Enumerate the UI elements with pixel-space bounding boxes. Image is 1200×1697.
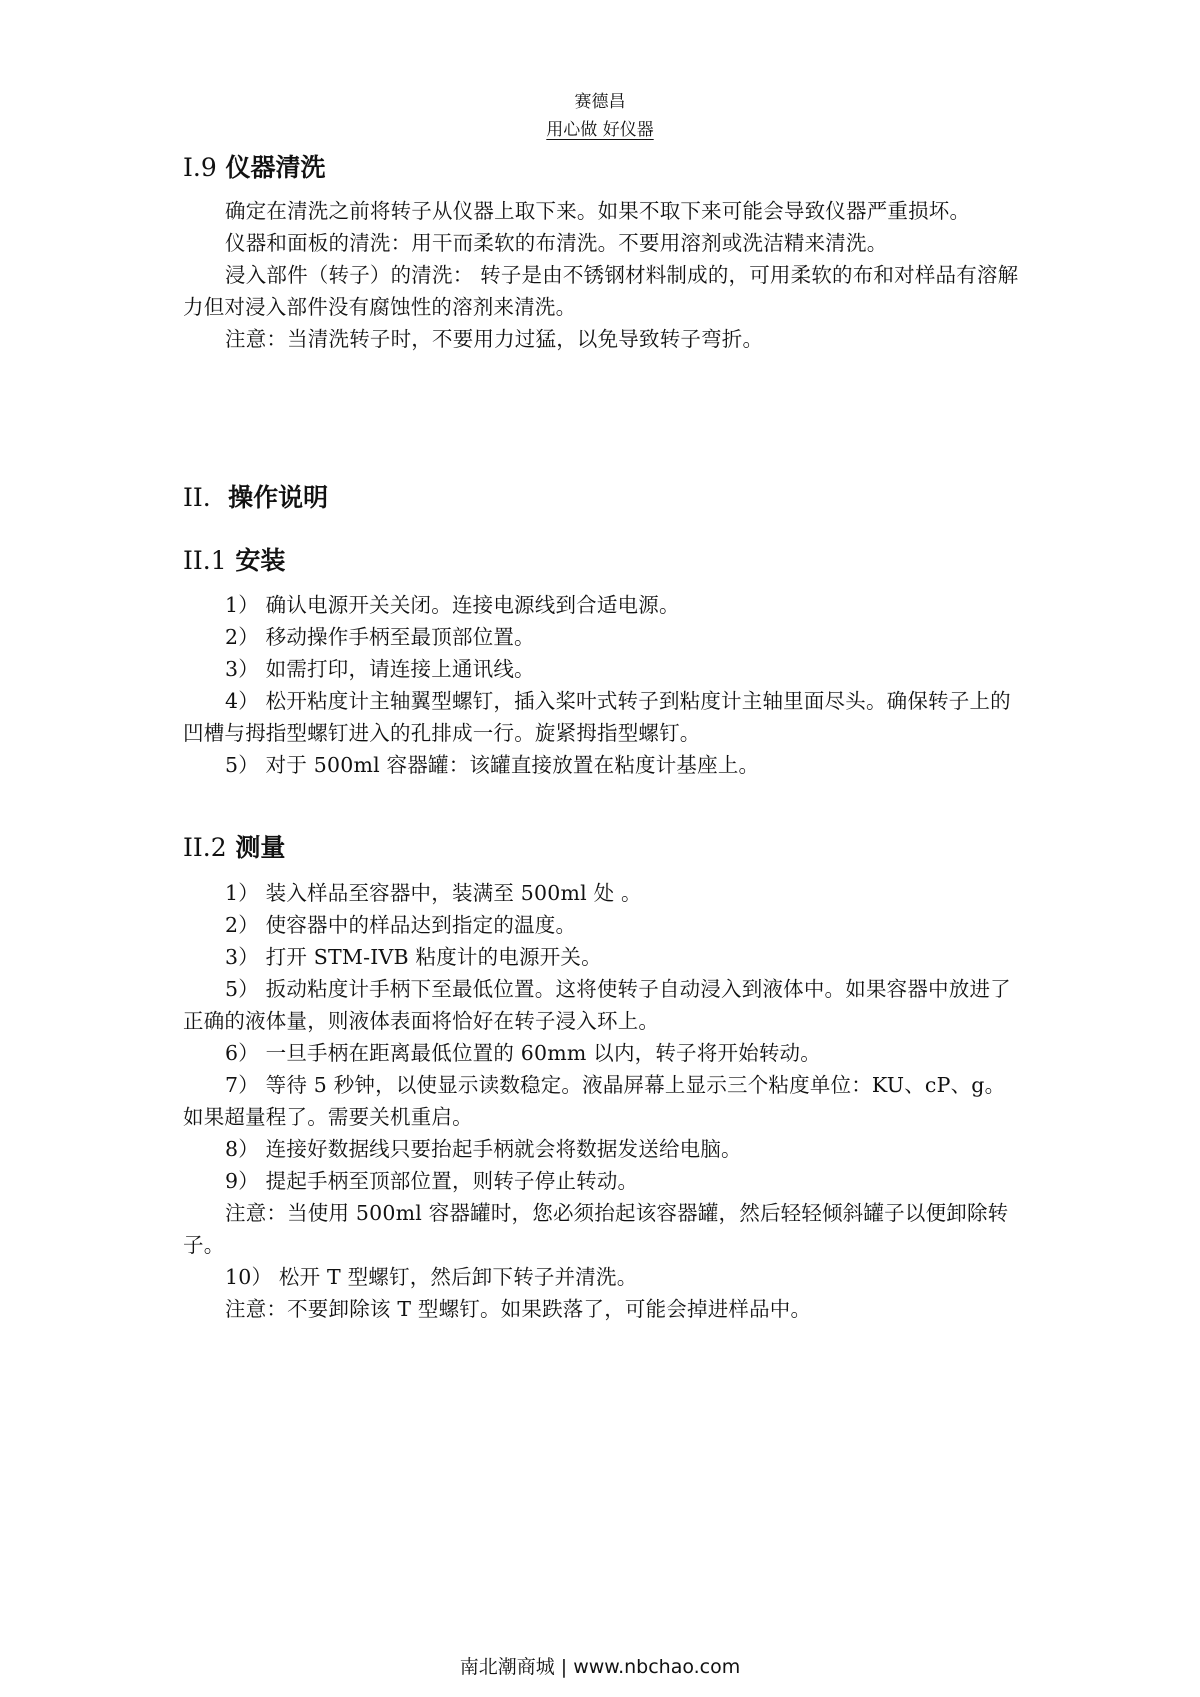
list-item: 7） 等待 5 秒钟，以使显示读数稳定。液晶屏幕上显示三个粘度单位：KU、cP、… [183,1069,1023,1133]
section-heading: II.2 测量 [183,828,1023,864]
company-name: 赛德昌 [0,88,1200,116]
section-heading: I.9 仪器清洗 [183,148,1023,184]
paragraph: 确定在清洗之前将转子从仪器上取下来。如果不取下来可能会导致仪器严重损坏。 [183,195,1023,227]
section-heading: II. 操作说明 [183,478,1023,514]
list-item: 2） 使容器中的样品达到指定的温度。 [183,909,1023,941]
list-item: 1） 确认电源开关关闭。连接电源线到合适电源。 [183,589,1023,621]
note: 注意：不要卸除该 T 型螺钉。如果跌落了，可能会掉进样品中。 [183,1293,1023,1325]
list-item: 1） 装入样品至容器中，装满至 500ml 处 。 [183,877,1023,909]
list-item: 3） 如需打印，请连接上通讯线。 [183,653,1023,685]
measurement-list: 1） 装入样品至容器中，装满至 500ml 处 。 2） 使容器中的样品达到指定… [183,877,1023,1325]
section-cleaning: I.9 仪器清洗 [183,148,1023,184]
list-item: 4） 松开粘度计主轴翼型螺钉，插入桨叶式转子到粘度计主轴里面尽头。确保转子上的凹… [183,685,1023,749]
section-operation: II. 操作说明 [183,478,1023,514]
list-item: 3） 打开 STM-IVB 粘度计的电源开关。 [183,941,1023,973]
list-item: 5） 扳动粘度计手柄下至最低位置。这将使转子自动浸入到液体中。如果容器中放进了正… [183,973,1023,1037]
list-item: 10） 松开 T 型螺钉，然后卸下转子并清洗。 [183,1261,1023,1293]
paragraph: 仪器和面板的清洗：用干而柔软的布清洗。不要用溶剂或洗洁精来清洗。 [183,227,1023,259]
section-installation: II.1 安装 [183,541,1023,577]
paragraph: 注意：当清洗转子时，不要用力过猛，以免导致转子弯折。 [183,323,1023,355]
site-footer: 南北潮商城 | www.nbchao.com [0,1652,1200,1679]
section-cleaning-body: 确定在清洗之前将转子从仪器上取下来。如果不取下来可能会导致仪器严重损坏。 仪器和… [183,195,1023,355]
list-item: 9） 提起手柄至顶部位置，则转子停止转动。 [183,1165,1023,1197]
company-slogan: 用心做 好仪器 [0,116,1200,144]
installation-list: 1） 确认电源开关关闭。连接电源线到合适电源。 2） 移动操作手柄至最顶部位置。… [183,589,1023,781]
section-measurement: II.2 测量 [183,828,1023,864]
section-heading: II.1 安装 [183,541,1023,577]
list-item: 5） 对于 500ml 容器罐：该罐直接放置在粘度计基座上。 [183,749,1023,781]
page-header: 赛德昌 用心做 好仪器 [0,88,1200,144]
paragraph: 浸入部件（转子）的清洗： 转子是由不锈钢材料制成的，可用柔软的布和对样品有溶解力… [183,259,1023,323]
note: 注意：当使用 500ml 容器罐时，您必须抬起该容器罐，然后轻轻倾斜罐子以便卸除… [183,1197,1023,1261]
list-item: 2） 移动操作手柄至最顶部位置。 [183,621,1023,653]
list-item: 6） 一旦手柄在距离最低位置的 60mm 以内，转子将开始转动。 [183,1037,1023,1069]
list-item: 8） 连接好数据线只要抬起手柄就会将数据发送给电脑。 [183,1133,1023,1165]
